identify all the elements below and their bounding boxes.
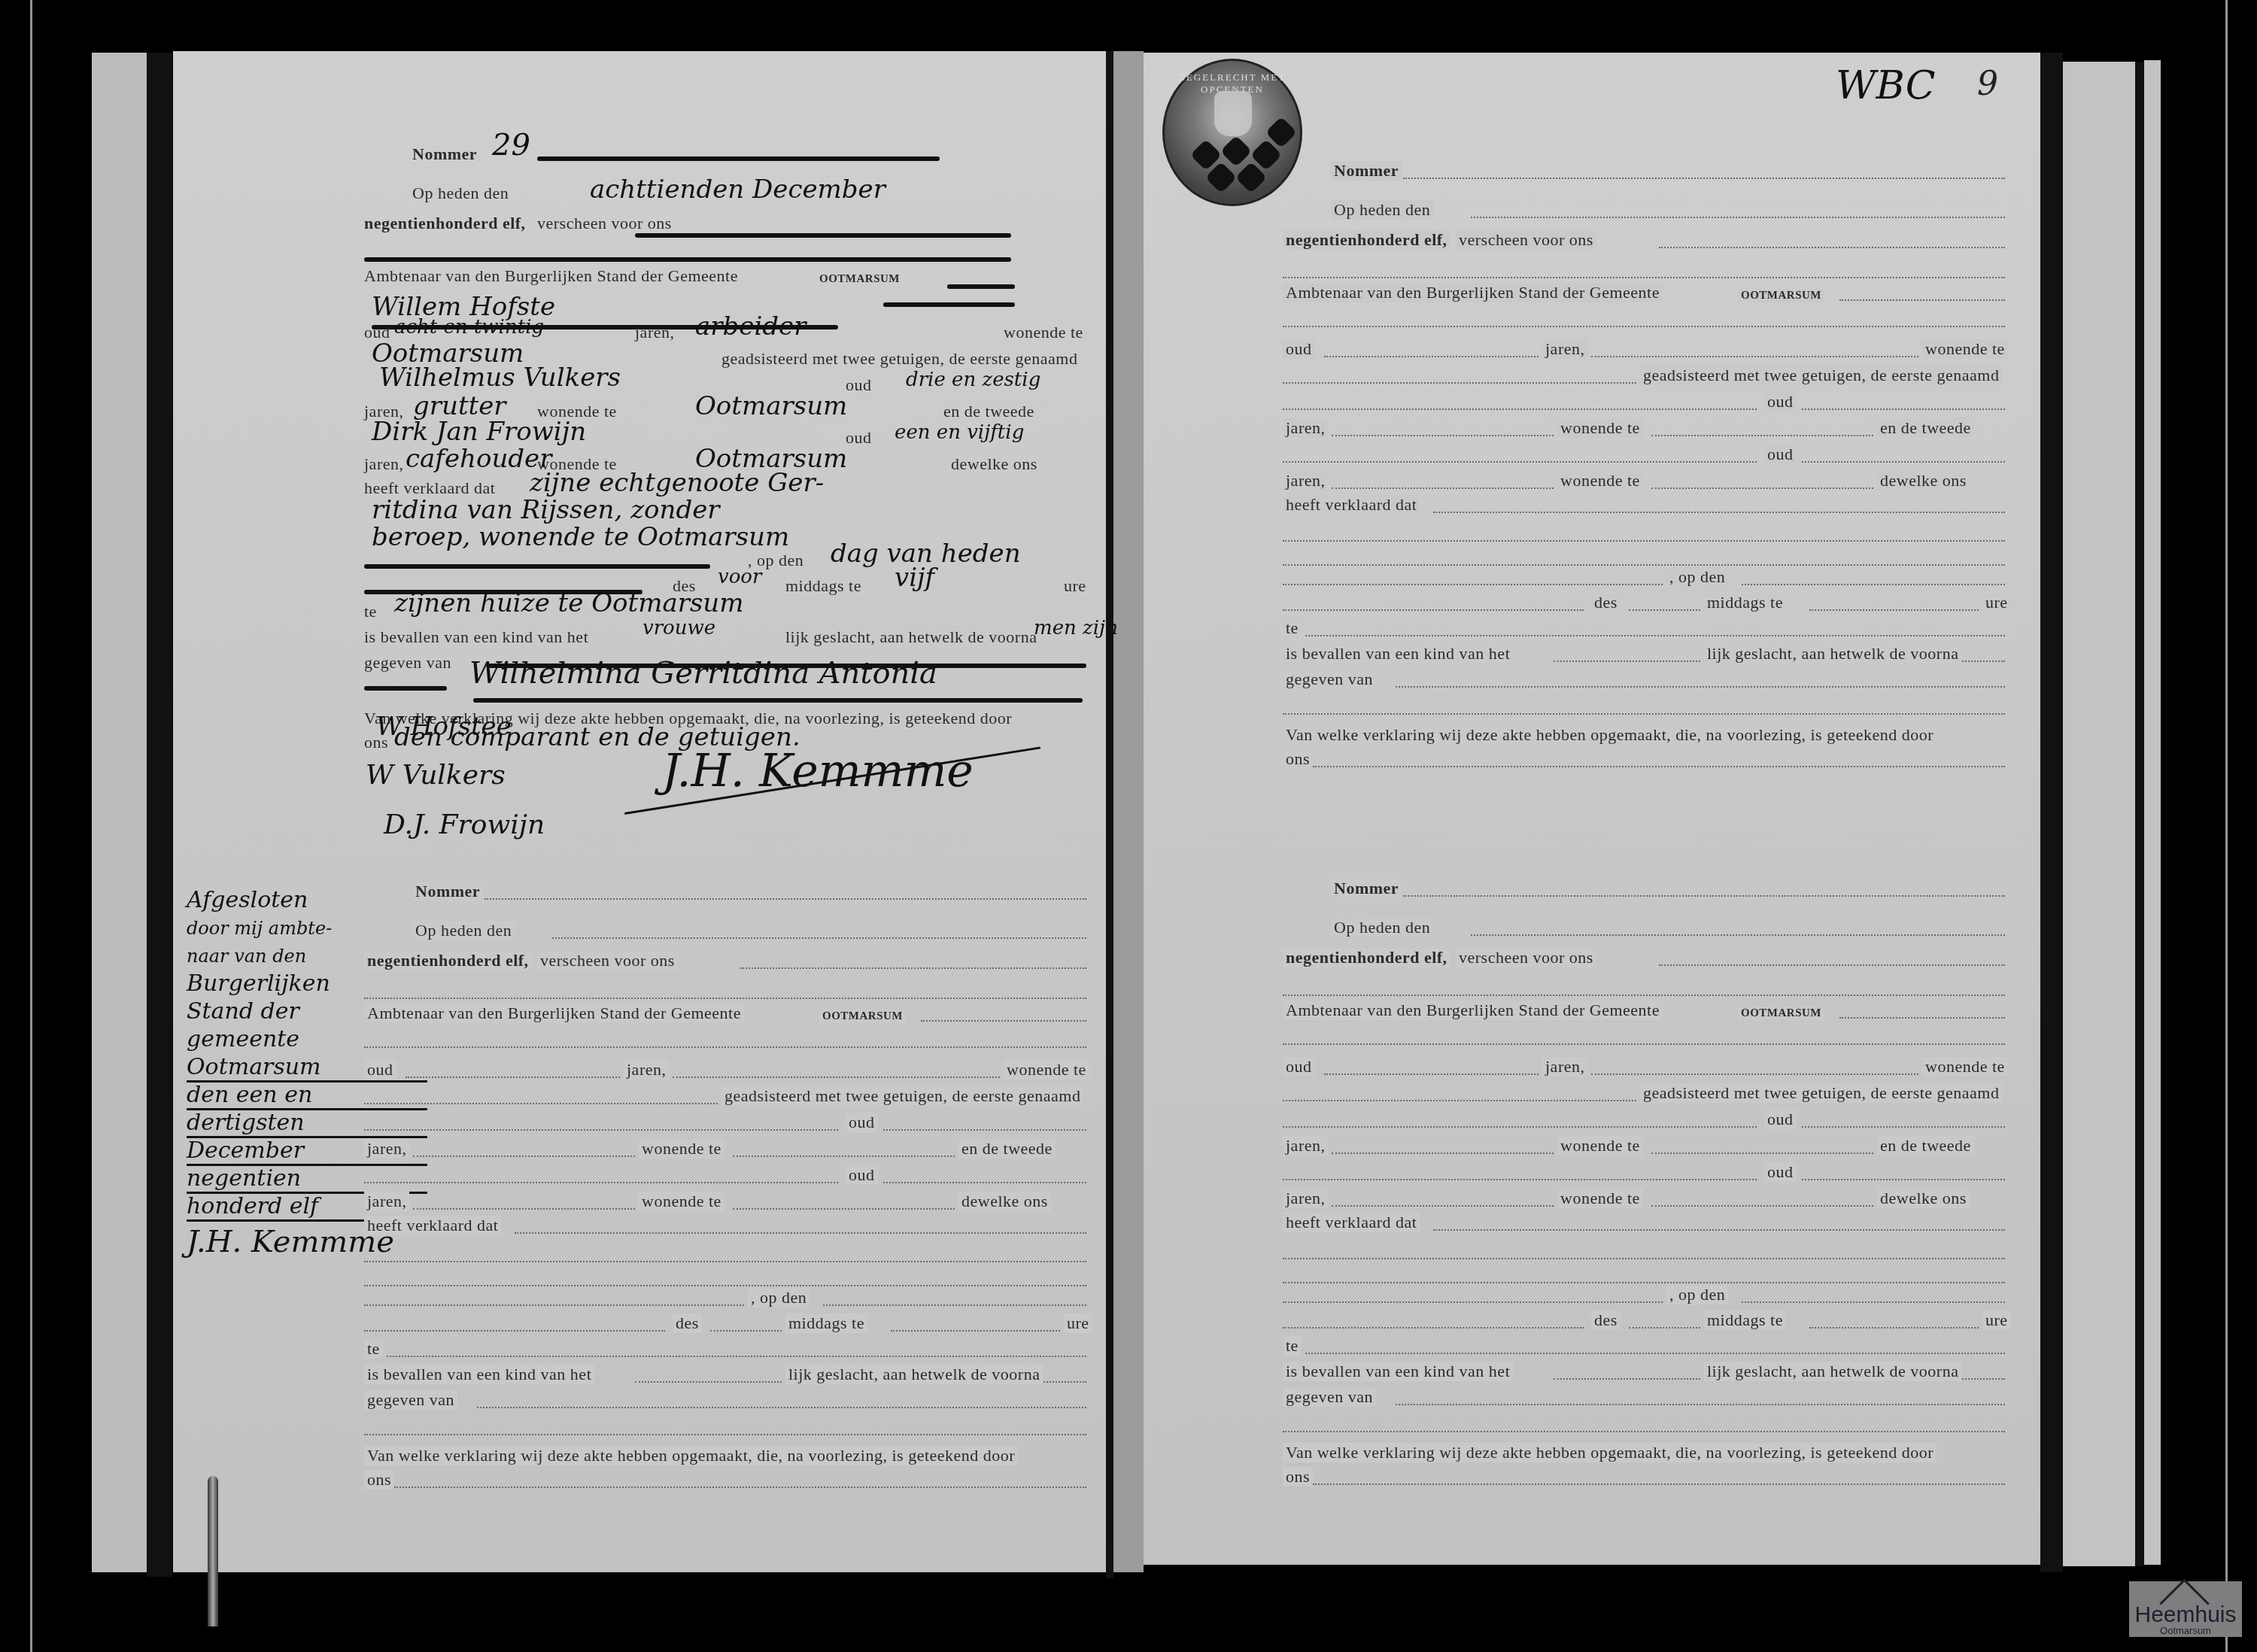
label-gegeven-van: gegeven van xyxy=(1283,1387,1376,1407)
form-line: te xyxy=(364,1336,1086,1362)
watermark-sub: Ootmarsum xyxy=(2129,1625,2242,1636)
label-verscheen: verscheen voor ons xyxy=(537,214,672,233)
form-line: heeft verklaard dat xyxy=(364,1213,1086,1238)
label-middags-te: middags te xyxy=(1704,1310,1786,1330)
signature-declarant: W Hofstee xyxy=(376,712,512,742)
form-line: jaren,wonende teen de tweede xyxy=(1283,415,2005,441)
child-sex: vrouwe xyxy=(642,617,715,639)
fill-in-blank xyxy=(1802,408,2005,410)
label-wonende-te: wonende te xyxy=(639,1192,724,1211)
fill-in-blank xyxy=(1403,895,2005,897)
fill-in-blank xyxy=(364,998,1086,999)
form-line: ons xyxy=(364,1467,1086,1493)
label-oud: oud xyxy=(846,1113,878,1132)
form-line: geadsisteerd met twee getuigen, de eerst… xyxy=(364,1083,1086,1109)
fill-in-blank xyxy=(1283,382,1636,384)
label-van-welke: Van welke verklaring wij deze akte hebbe… xyxy=(364,1446,1018,1465)
label-wonende-te: wonende te xyxy=(1557,471,1643,490)
fill-in-blank xyxy=(1802,461,2005,463)
right-binding-bar xyxy=(2135,62,2144,1566)
fill-in-blank xyxy=(673,1077,1000,1078)
form-line: jaren,wonende tedewelke ons xyxy=(1283,468,2005,493)
form-line: Van welke verklaring wij deze akte hebbe… xyxy=(1283,1440,2005,1465)
fill-in-blank xyxy=(1396,686,2005,688)
label-jaren: jaren, xyxy=(635,323,674,342)
label-is-bevallen: is bevallen van een kind van het xyxy=(364,1365,594,1384)
fill-in-blank xyxy=(710,1330,782,1332)
form-line: gegeven van xyxy=(364,1387,1086,1413)
form-line: jaren,wonende teen de tweede xyxy=(364,1136,1086,1162)
label-op-heden: Op heden den xyxy=(412,184,509,203)
label-ons: ons xyxy=(364,1470,394,1490)
fill-in-blank xyxy=(1332,487,1554,489)
statement-line-1: zijne echtgenoote Ger- xyxy=(530,468,824,498)
label-ambtenaar: Ambtenaar van den Burgerlijken Stand der… xyxy=(1283,283,1663,302)
form-line: oud xyxy=(1283,389,2005,415)
form-line: is bevallen van een kind van hetlijk ges… xyxy=(1283,1359,2005,1384)
blank-form-right-lower: NommerOp heden dennegentienhonderd elf,v… xyxy=(1283,862,2005,1494)
birth-hour: vijf xyxy=(895,563,934,593)
fill-in-blank xyxy=(1433,512,2005,513)
label-dewelke-ons: dewelke ons xyxy=(1877,1189,1970,1208)
label-dewelke-ons: dewelke ons xyxy=(958,1192,1051,1211)
label-wonende: wonende te xyxy=(1004,323,1083,342)
fill-in-blank xyxy=(1283,1327,1584,1329)
fill-in-blank xyxy=(1283,713,2005,715)
form-line: jaren,wonende tedewelke ons xyxy=(1283,1186,2005,1211)
label-is-bevallen: is bevallen van een kind van het xyxy=(1283,644,1513,664)
left-binding-bar xyxy=(147,53,172,1577)
fill-in-blank xyxy=(1283,461,1757,463)
fill-in-blank xyxy=(1629,1327,1700,1329)
fill-in-blank xyxy=(1283,408,1757,410)
label-wonende-te: wonende te xyxy=(1004,1060,1089,1080)
fill-in-blank xyxy=(1403,178,2005,179)
form-line: oud xyxy=(364,1110,1086,1135)
form-line xyxy=(364,1241,1086,1267)
label-middags-te: middags te xyxy=(1704,593,1786,612)
fill-in-blank xyxy=(1651,487,1873,489)
form-line: te xyxy=(1283,615,2005,641)
label-lijk-geslacht: lijk geslacht, aan hetwelk de voorna xyxy=(785,1365,1043,1384)
fill-in-blank xyxy=(387,1356,1086,1357)
fill-in-blank xyxy=(1305,635,2005,636)
fill-in-blank xyxy=(1742,1301,2005,1303)
fill-in-blank xyxy=(823,1304,1086,1306)
label-op-heden-den: Op heden den xyxy=(412,921,515,940)
form-line: Op heden den xyxy=(1283,197,2005,223)
form-line: heeft verklaard dat xyxy=(1283,492,2005,518)
label-geadsisteerd: geadsisteerd met twee getuigen, de eerst… xyxy=(1640,1083,2002,1103)
form-line: oudjaren,wonende te xyxy=(364,1057,1086,1083)
watermark-name: Heemhuis xyxy=(2129,1604,2242,1626)
fill-in-blank xyxy=(1324,356,1539,357)
fill-in-blank xyxy=(1283,1431,2005,1432)
label-geadsisteerd: geadsisteerd met twee getuigen, de eerst… xyxy=(721,1086,1083,1106)
label-op-den: , op den xyxy=(1666,567,1728,587)
label-jaren: jaren, xyxy=(364,454,403,474)
witness1-age: drie en zestig xyxy=(906,369,1040,391)
label-ons: ons xyxy=(1283,749,1313,769)
gutter-line xyxy=(1106,51,1113,1578)
fill-in-blank xyxy=(1742,584,2005,585)
label-wonende-te: wonende te xyxy=(1557,418,1643,438)
fill-in-blank xyxy=(485,898,1086,900)
form-line xyxy=(1283,1238,2005,1264)
record-date: achttienden December xyxy=(590,175,885,205)
fill-in-blank xyxy=(1283,1100,1636,1101)
heemhuis-watermark: Heemhuis Ootmarsum xyxy=(2129,1581,2242,1637)
label-jaren: jaren, xyxy=(364,1192,409,1211)
label-nommer: Nommer xyxy=(1331,161,1402,181)
fill-in-blank xyxy=(1313,766,2005,767)
form-line: Van welke verklaring wij deze akte hebbe… xyxy=(364,1443,1086,1468)
witness2-name: Dirk Jan Frowijn xyxy=(372,417,586,447)
fill-in-blank xyxy=(477,1407,1086,1408)
signature-witness2: D.J. Frowijn xyxy=(384,809,545,840)
form-line: negentienhonderd elf,verscheen voor ons xyxy=(364,948,1086,973)
fill-in-blank xyxy=(1554,1378,1700,1380)
fill-in-blank xyxy=(1283,1043,2005,1045)
fill-in-blank xyxy=(891,1330,1060,1332)
label-verscheen: verscheen voor ons xyxy=(537,951,678,970)
fill-in-blank xyxy=(1283,540,2005,542)
fill-in-blank xyxy=(1839,1017,2005,1019)
label-oud: oud xyxy=(1283,339,1315,359)
label-des: des xyxy=(1591,593,1621,612)
fill-in-blank xyxy=(1809,1327,1979,1329)
form-line: oud xyxy=(1283,1107,2005,1132)
witness1-name: Wilhelmus Vulkers xyxy=(379,363,621,393)
fill-in-blank xyxy=(364,1103,718,1104)
fill-in-blank xyxy=(1471,934,2005,936)
child-names: Wilhelmina Gerritdina Antonia xyxy=(469,656,937,691)
label-jaren: jaren, xyxy=(1283,1189,1328,1208)
label-oud: oud xyxy=(846,1165,878,1185)
fill-in-blank xyxy=(1802,1179,2005,1180)
label-year-line: negentienhonderd elf, xyxy=(1283,230,1450,250)
label-jaren: jaren, xyxy=(1542,1057,1587,1077)
label-en-de-tweede: en de tweede xyxy=(1877,1136,1974,1155)
fill-in-blank xyxy=(1283,1126,1757,1128)
fill-in-blank xyxy=(364,1182,838,1183)
blank-form-left-lower: NommerOp heden dennegentienhonderd elf,v… xyxy=(364,865,1086,1497)
right-page-edge xyxy=(2063,62,2135,1566)
form-line xyxy=(364,1027,1086,1052)
label-jaren: jaren, xyxy=(1283,418,1328,438)
label-gegeven-van: gegeven van xyxy=(1283,670,1376,689)
form-line: Nommer xyxy=(1283,158,2005,184)
witness2-age: een en vijftig xyxy=(895,421,1024,444)
label-ambtenaar: Ambtenaar van den Burgerlijken Stand der… xyxy=(364,266,738,286)
form-line xyxy=(1283,521,2005,546)
form-line: ons xyxy=(1283,1464,2005,1490)
label-jaren: jaren, xyxy=(364,1139,409,1159)
label-is-bevallen: is bevallen van een kind van het xyxy=(1283,1362,1513,1381)
fill-in-blank xyxy=(1283,995,2005,996)
birth-place: zijnen huize te Ootmarsum xyxy=(394,588,744,618)
label-ure: ure xyxy=(1982,1310,2011,1330)
fill-in-blank xyxy=(364,1434,1086,1435)
form-line: desmiddags teure xyxy=(364,1310,1086,1336)
form-line xyxy=(1283,306,2005,332)
fill-in-blank xyxy=(921,1020,1086,1022)
fill-in-blank xyxy=(1659,247,2005,248)
form-line: jaren,wonende tedewelke ons xyxy=(364,1189,1086,1214)
label-ambtenaar: Ambtenaar van den Burgerlijken Stand der… xyxy=(1283,1001,1663,1020)
fill-in-blank xyxy=(515,1232,1086,1234)
crown-icon xyxy=(1214,91,1252,136)
fill-in-blank xyxy=(1283,584,1663,585)
form-line: negentienhonderd elf,verscheen voor ons xyxy=(1283,227,2005,253)
statement-line-2: ritdina van Rijssen, zonder xyxy=(372,495,720,525)
label-ons: ons xyxy=(1283,1467,1313,1486)
fill-in-blank xyxy=(1283,1301,1663,1303)
fill-in-blank xyxy=(1305,1353,2005,1354)
label-geadsisteerd: geadsisteerd met twee getuigen, de eerst… xyxy=(1640,366,2002,385)
form-line xyxy=(1283,975,2005,1001)
fill-in-blank xyxy=(364,1261,1086,1262)
declarant-occupation: arbeider xyxy=(695,311,806,342)
label-middags: middags te xyxy=(785,576,861,596)
form-line: Op heden den xyxy=(364,918,1086,943)
label-bevallen: is bevallen van een kind van het xyxy=(364,627,588,647)
label-nommer: Nommer xyxy=(412,144,477,164)
fill-in-blank xyxy=(1839,299,2005,301)
form-line: desmiddags teure xyxy=(1283,1307,2005,1333)
fill-in-blank xyxy=(1332,1152,1554,1154)
form-line: Nommer xyxy=(1283,876,2005,901)
form-line: , op den xyxy=(1283,564,2005,590)
label-oud: oud xyxy=(846,428,872,448)
form-line: Nommer xyxy=(364,879,1086,904)
blank-form-right-upper: NommerOp heden dennegentienhonderd elf,v… xyxy=(1283,144,2005,776)
fill-in-blank xyxy=(1332,1205,1554,1207)
label-year: negentienhonderd elf, xyxy=(364,214,526,233)
film-edge-right xyxy=(2225,0,2228,1652)
declarant-age: acht en twintig xyxy=(394,316,544,339)
label-geadsisteerd: geadsisteerd met twee getuigen, de eerst… xyxy=(721,349,1077,369)
form-line: desmiddags teure xyxy=(1283,590,2005,615)
fill-in-blank xyxy=(413,1208,635,1210)
form-line: oudjaren,wonende te xyxy=(1283,336,2005,362)
form-line xyxy=(1283,1024,2005,1049)
fill-in-blank xyxy=(1651,435,1873,436)
label-nommer: Nommer xyxy=(1331,879,1402,898)
label-op-den: , op den xyxy=(748,1288,810,1307)
form-line: geadsisteerd met twee getuigen, de eerst… xyxy=(1283,1080,2005,1106)
fill-in-blank xyxy=(394,1486,1086,1488)
label-wonende-te: wonende te xyxy=(1557,1189,1643,1208)
form-line xyxy=(364,1414,1086,1440)
label-te: te xyxy=(1283,618,1302,638)
form-line: negentienhonderd elf,verscheen voor ons xyxy=(1283,945,2005,970)
fill-in-blank xyxy=(1651,1205,1873,1207)
fill-in-blank xyxy=(1802,1126,2005,1128)
signature-witness1: W Vulkers xyxy=(366,760,506,791)
fill-in-blank xyxy=(1659,964,2005,966)
right-outer-edge xyxy=(2144,60,2161,1565)
label-middags-te: middags te xyxy=(785,1313,867,1333)
fill-in-blank xyxy=(883,1182,1086,1183)
form-line: jaren,wonende teen de tweede xyxy=(1283,1133,2005,1159)
form-line: , op den xyxy=(1283,1282,2005,1307)
fill-in-blank xyxy=(1629,609,1700,611)
form-line: oud xyxy=(1283,442,2005,467)
fill-in-blank xyxy=(1471,217,2005,218)
form-line xyxy=(1283,694,2005,719)
birth-time-part: voor xyxy=(718,566,761,588)
fill-in-blank xyxy=(1283,277,2005,278)
fill-in-blank xyxy=(1809,609,1979,611)
fill-in-blank xyxy=(883,1129,1086,1131)
fill-in-blank xyxy=(1554,660,1700,662)
form-line: is bevallen van een kind van hetlijk ges… xyxy=(1283,641,2005,667)
label-heeft-verklaard-dat: heeft verklaard dat xyxy=(1283,495,1420,515)
gutter-shadow xyxy=(1113,51,1144,1572)
fill-in-blank xyxy=(1313,1483,2005,1485)
label-op-den: , op den xyxy=(1666,1285,1728,1304)
label-des: des xyxy=(673,1313,702,1333)
fill-in-blank xyxy=(1396,1404,2005,1405)
label-lijk-geslacht: lijk geslacht, aan hetwelk de voorna xyxy=(1704,1362,1961,1381)
fill-in-blank xyxy=(552,937,1086,939)
label-te: te xyxy=(1283,1336,1302,1356)
fill-in-blank xyxy=(1283,326,2005,327)
form-line: Op heden den xyxy=(1283,915,2005,940)
label-tweede: en de tweede xyxy=(943,402,1034,421)
label-verscheen: verscheen voor ons xyxy=(1456,230,1596,250)
label-nommer: Nommer xyxy=(412,882,483,901)
fill-in-blank xyxy=(1591,356,1918,357)
form-line: is bevallen van een kind van hetlijk ges… xyxy=(364,1362,1086,1387)
form-line: heeft verklaard dat xyxy=(1283,1210,2005,1235)
label-ure: ure xyxy=(1064,576,1086,596)
label-jaren: jaren, xyxy=(1283,471,1328,490)
left-page-edge xyxy=(92,53,152,1572)
municipality-name: OOTMARSUM xyxy=(819,1010,906,1023)
label-wonende-te: wonende te xyxy=(1557,1136,1643,1155)
label-oud: oud xyxy=(1764,1110,1797,1129)
form-line: gegeven van xyxy=(1283,1384,2005,1410)
fill-in-blank xyxy=(1433,1229,2005,1231)
label-te: te xyxy=(364,1339,383,1359)
label-oud: oud xyxy=(1764,1162,1797,1182)
label-heeft-verklaard-dat: heeft verklaard dat xyxy=(364,1216,501,1235)
municipality-name: OOTMARSUM xyxy=(1738,1007,1824,1020)
label-jaren: jaren, xyxy=(1283,1136,1328,1155)
form-line: Ambtenaar van den Burgerlijken Stand der… xyxy=(1283,280,2005,305)
form-line: oudjaren,wonende te xyxy=(1283,1054,2005,1080)
pen-clip xyxy=(208,1476,218,1626)
fill-in-blank xyxy=(1283,1179,1757,1180)
label-op-heden-den: Op heden den xyxy=(1331,918,1433,937)
fill-in-blank xyxy=(733,1208,955,1210)
fill-in-blank xyxy=(1591,1073,1918,1075)
label-lijk-geslacht: lijk geslacht, aan hetwelk de voorna xyxy=(1704,644,1961,664)
fill-in-blank xyxy=(406,1077,620,1078)
right-gap xyxy=(2040,53,2063,1572)
label-dewelke-ons: dewelke ons xyxy=(1877,471,1970,490)
form-line: Van welke verklaring wij deze akte hebbe… xyxy=(1283,722,2005,748)
form-line: ons xyxy=(1283,746,2005,772)
label-verscheen: verscheen voor ons xyxy=(1456,948,1596,967)
fill-in-blank xyxy=(1651,1152,1873,1154)
label-jaren: jaren, xyxy=(1542,339,1587,359)
label-gegeven-van: gegeven van xyxy=(364,1390,457,1410)
form-line: Ambtenaar van den Burgerlijken Stand der… xyxy=(1283,998,2005,1023)
label-ambtenaar: Ambtenaar van den Burgerlijken Stand der… xyxy=(364,1004,744,1023)
label-ure: ure xyxy=(1982,593,2011,612)
form-line: geadsisteerd met twee getuigen, de eerst… xyxy=(1283,363,2005,388)
fill-in-blank xyxy=(413,1155,635,1157)
municipality-name: OOTMARSUM xyxy=(819,273,900,286)
form-line: oud xyxy=(364,1162,1086,1188)
fill-in-blank xyxy=(364,1046,1086,1048)
label-des: des xyxy=(1591,1310,1621,1330)
fill-in-blank xyxy=(1283,1258,2005,1259)
form-line xyxy=(1283,257,2005,283)
label-oud: oud xyxy=(1764,445,1797,464)
archive-reference: WBC xyxy=(1836,63,1935,108)
film-edge-left xyxy=(30,0,32,1652)
label-geslacht: lijk geslacht, aan hetwelk de voorna xyxy=(785,627,1037,647)
fill-in-blank xyxy=(1283,609,1584,611)
tax-stamp-seal: ZEGELRECHT MET OPCENTEN xyxy=(1162,59,1302,206)
fill-in-blank xyxy=(1324,1073,1539,1075)
label-dewelke: dewelke ons xyxy=(951,454,1037,474)
fill-in-blank xyxy=(635,1381,782,1383)
form-line: te xyxy=(1283,1333,2005,1359)
label-year-line: negentienhonderd elf, xyxy=(364,951,532,970)
label-wonende-te: wonende te xyxy=(639,1139,724,1159)
label-heeft-verklaard-dat: heeft verklaard dat xyxy=(1283,1213,1420,1232)
label-oud: oud xyxy=(364,1060,396,1080)
label-op-heden-den: Op heden den xyxy=(1331,200,1433,220)
signature-registrar: J.H. Kemmme xyxy=(662,745,974,797)
label-van-welke: Van welke verklaring wij deze akte hebbe… xyxy=(1283,1443,1937,1462)
label-te: te xyxy=(364,602,377,621)
witness1-residence: Ootmarsum xyxy=(695,391,847,421)
form-line: , op den xyxy=(364,1285,1086,1310)
page-number: 9 xyxy=(1977,65,1998,103)
form-line: oud xyxy=(1283,1159,2005,1185)
label-gegeven: gegeven van xyxy=(364,653,451,673)
label-jaren: jaren, xyxy=(624,1060,669,1080)
fill-in-blank xyxy=(740,967,1086,969)
form-line xyxy=(364,978,1086,1004)
label-year-line: negentienhonderd elf, xyxy=(1283,948,1450,967)
voornamen-suffix: men zijn xyxy=(1034,617,1118,639)
label-oud: oud xyxy=(1283,1057,1315,1077)
municipality-name: OOTMARSUM xyxy=(1738,290,1824,302)
label-wonende-te: wonende te xyxy=(1922,339,2008,359)
form-line: gegeven van xyxy=(1283,667,2005,692)
label-oud: oud xyxy=(1764,392,1797,411)
label-van-welke: Van welke verklaring wij deze akte hebbe… xyxy=(1283,725,1937,745)
fill-in-blank xyxy=(364,1304,744,1306)
form-line: Ambtenaar van den Burgerlijken Stand der… xyxy=(364,1001,1086,1026)
fill-in-blank xyxy=(1332,435,1554,436)
label-en-de-tweede: en de tweede xyxy=(1877,418,1974,438)
label-wonende-te: wonende te xyxy=(1922,1057,2008,1077)
fill-in-blank xyxy=(364,1330,665,1332)
record-form-filled: Nommer 29 Op heden den achttienden Decem… xyxy=(364,128,1086,700)
label-ure: ure xyxy=(1064,1313,1092,1333)
label-en-de-tweede: en de tweede xyxy=(958,1139,1056,1159)
form-line xyxy=(1283,1411,2005,1437)
fill-in-blank xyxy=(364,1129,838,1131)
